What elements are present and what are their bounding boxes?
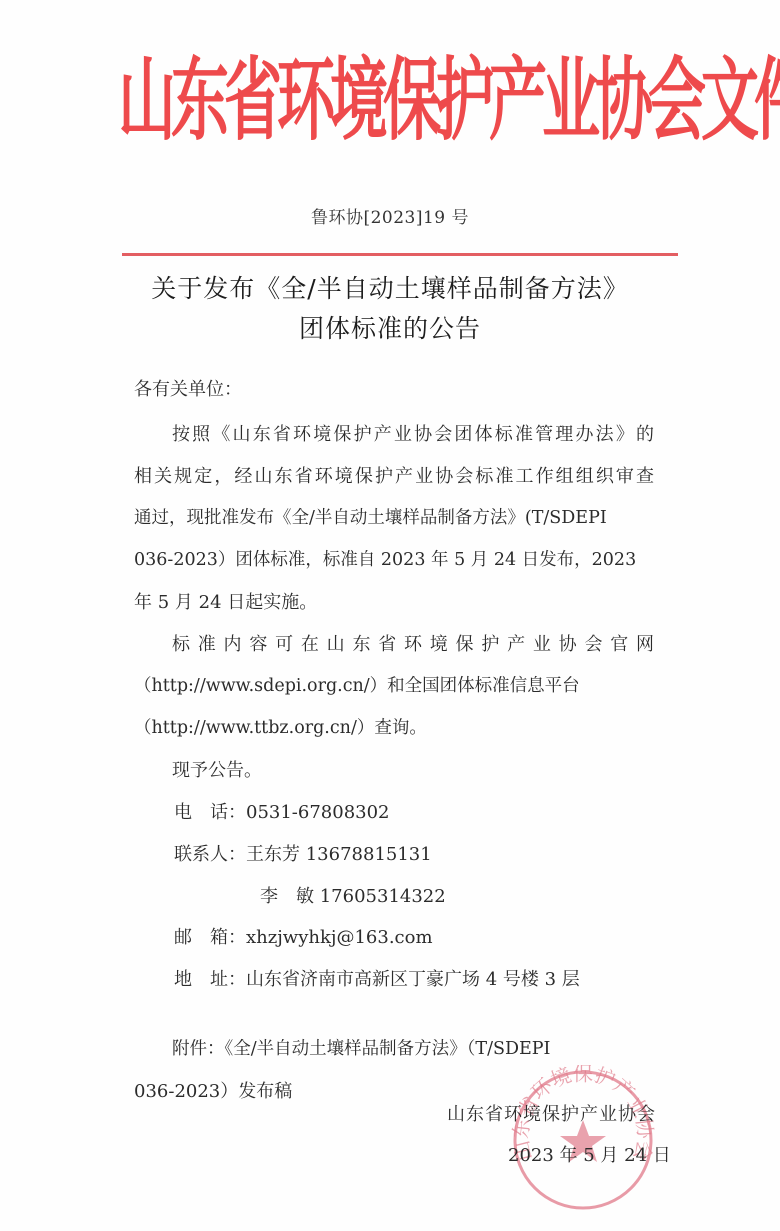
contact-1-phone: 13678815131 <box>306 844 432 865</box>
masthead-title: 山东省环境保护产业协会文件 <box>118 23 682 178</box>
closing-text: 现予公告。 <box>172 756 692 782</box>
signature-date: 2023 年 5 月 24 日 <box>508 1141 671 1167</box>
email-label: 邮 箱： <box>174 927 246 948</box>
announcement-title-line-2: 团体标准的公告 <box>0 309 780 345</box>
contact-label: 联系人： <box>174 844 246 865</box>
contact-2-phone: 17605314322 <box>320 886 446 907</box>
contact-row-2: 李 敏 17605314322 <box>260 882 780 908</box>
email-row: 邮 箱：xhzjwyhkj@163.com <box>174 923 694 949</box>
phone-value: 0531-67808302 <box>246 802 390 823</box>
address-label: 地 址： <box>174 969 246 990</box>
phone-row: 电 话：0531-67808302 <box>174 798 694 824</box>
address-value: 山东省济南市高新区丁豪广场 4 号楼 3 层 <box>246 969 580 990</box>
red-divider <box>122 253 678 256</box>
paragraph-1-line-3: 通过，现批准发布《全/半自动土壤样品制备方法》(T/SDEPI <box>134 504 654 529</box>
paragraph-2-line-1: 标准内容可在山东省环境保护产业协会官网 <box>172 630 654 656</box>
contact-1-name: 王东芳 <box>246 844 300 865</box>
paragraph-1-line-1: 按照《山东省环境保护产业协会团体标准管理办法》的 <box>172 420 654 446</box>
attachment-line-1: 附件：《全/半自动土壤样品制备方法》（T/SDEPI <box>172 1035 654 1060</box>
document-number: 鲁环协[2023]19 号 <box>0 203 780 228</box>
official-seal-icon: 山东省环境保护产业协会 <box>508 1065 658 1215</box>
email-value: xhzjwyhkj@163.com <box>246 927 433 948</box>
contact-row-1: 联系人：王东芳 13678815131 <box>174 840 694 866</box>
paragraph-1-line-2: 相关规定，经山东省环境保护产业协会标准工作组组织审查 <box>134 462 654 488</box>
document-page: 山东省环境保护产业协会文件 鲁环协[2023]19 号 关于发布《全/半自动土壤… <box>0 0 780 1231</box>
salutation: 各有关单位： <box>134 375 654 401</box>
announcement-title-line-1: 关于发布《全/半自动土壤样品制备方法》 <box>0 269 780 305</box>
paragraph-1-line-4: 036-2023）团体标准，标准自 2023 年 5 月 24 日发布，2023 <box>134 546 654 571</box>
address-row: 地 址：山东省济南市高新区丁豪广场 4 号楼 3 层 <box>174 965 694 991</box>
paragraph-1-line-5: 年 5 月 24 日起实施。 <box>134 588 654 614</box>
phone-label: 电 话： <box>174 802 246 823</box>
paragraph-2-line-3: （http://www.ttbz.org.cn/）查询。 <box>134 714 654 739</box>
paragraph-2-line-2: （http://www.sdepi.org.cn/）和全国团体标准信息平台 <box>134 672 654 697</box>
signature-organization: 山东省环境保护产业协会 <box>447 1100 656 1126</box>
contact-2-name: 李 敏 <box>260 886 314 907</box>
